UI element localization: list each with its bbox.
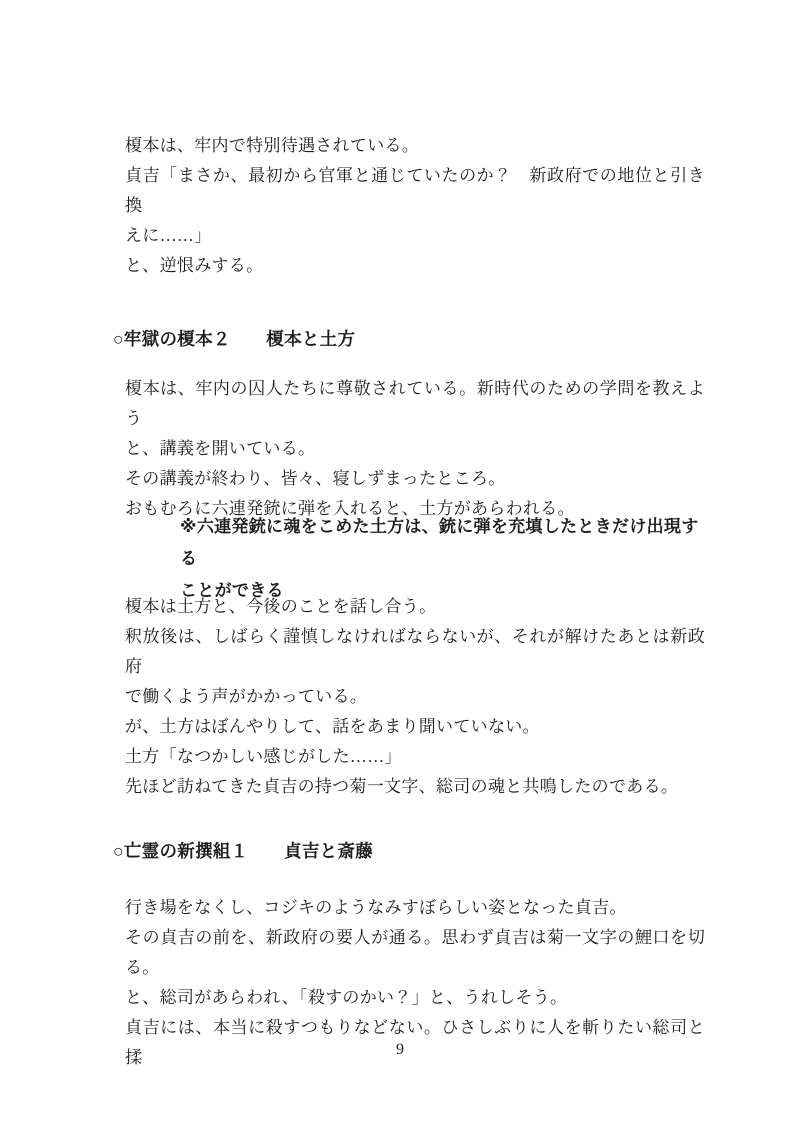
scene1-paragraph-2: 榎本は土方と、今後のことを話し合う。 釈放後は、しばらく謹慎しなければならないが…: [125, 592, 705, 802]
page-number: 9: [0, 1040, 800, 1060]
scene-heading-1: ○牢獄の榎本２ 榎本と土方: [113, 327, 713, 351]
document-page: 榎本は、牢内で特別待遇されている。 貞吉「まさか、最初から官軍と通じていたのか？…: [0, 0, 800, 1131]
paragraph-intro: 榎本は、牢内で特別待遇されている。 貞吉「まさか、最初から官軍と通じていたのか？…: [125, 131, 705, 281]
scene-heading-2: ○亡霊の新撰組１ 貞吉と斎藤: [113, 839, 713, 863]
scene1-paragraph-1: 榎本は、牢内の囚人たちに尊敬されている。新時代のための学問を教えよう と、講義を…: [125, 374, 705, 524]
